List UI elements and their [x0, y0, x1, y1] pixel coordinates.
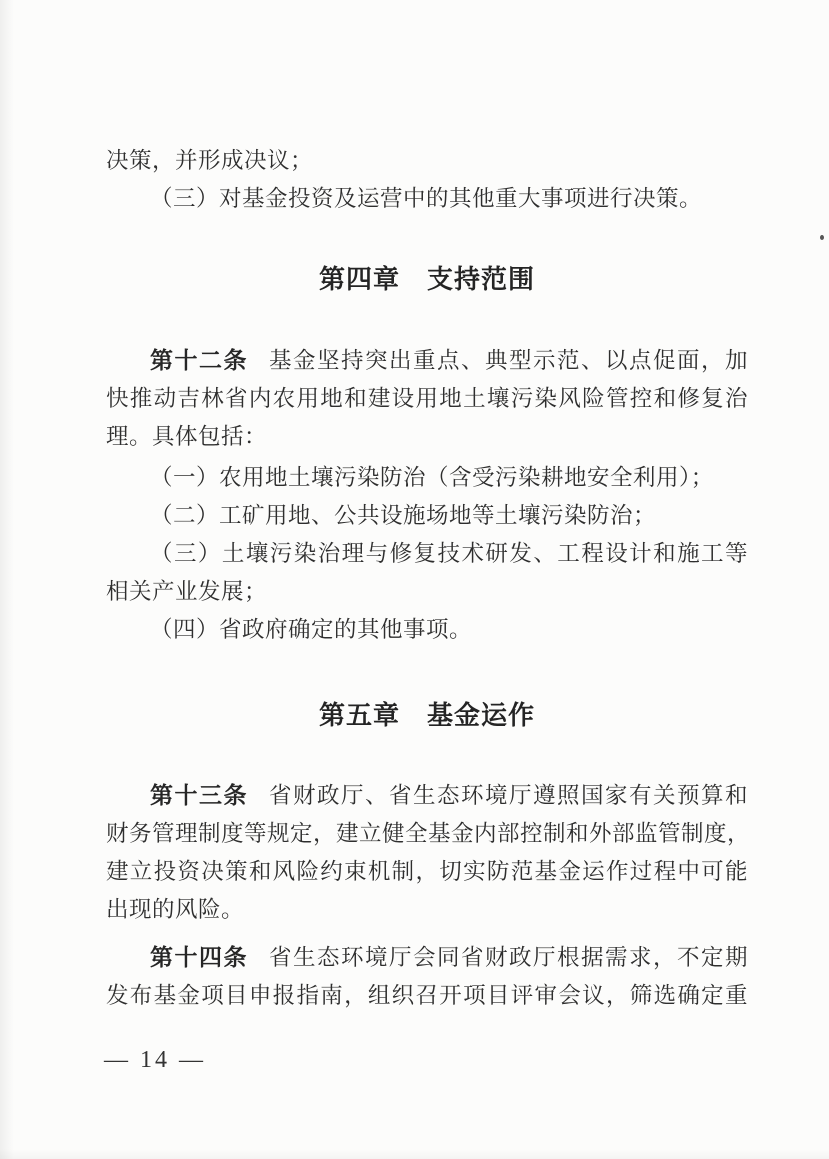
article-13-line-2: 财务管理制度等规定，建立健全基金内部控制和外部监管制度， — [106, 815, 748, 853]
article-13-number: 第十三条 — [150, 783, 248, 809]
scope-item-3-line-2: 相关产业发展； — [106, 573, 748, 611]
article-12-line-3: 理。具体包括： — [106, 418, 748, 456]
article-12-line-1: 第十二条基金坚持突出重点、典型示范、以点促面，加 — [106, 342, 748, 380]
article-14-line-1: 第十四条省生态环境厅会同省财政厅根据需求，不定期 — [106, 939, 748, 977]
chapter-5-heading: 第五章 基金运作 — [106, 697, 748, 735]
article-12-number: 第十二条 — [150, 348, 248, 374]
scope-item-3-line-1: （三）土壤污染治理与修复技术研发、工程设计和施工等 — [106, 535, 748, 573]
scope-item-2: （二）工矿用地、公共设施场地等土壤污染防治； — [106, 497, 748, 535]
scan-edge-shadow-left — [0, 0, 14, 1159]
article-13-line-1-text: 省财政厅、省生态环境厅遵照国家有关预算和 — [269, 783, 748, 808]
scope-item-1: （一）农用地土壤污染防治（含受污染耕地安全利用）； — [106, 459, 748, 497]
document-page: 决策，并形成决议； （三）对基金投资及运营中的其他重大事项进行决策。 第四章 支… — [0, 0, 829, 1159]
article-12-line-1-text: 基金坚持突出重点、典型示范、以点促面，加 — [269, 348, 748, 373]
document-body: 决策，并形成决议； （三）对基金投资及运营中的其他重大事项进行决策。 第四章 支… — [106, 142, 748, 1015]
chapter-4-heading: 第四章 支持范围 — [106, 261, 748, 299]
article-13-line-3: 建立投资决策和风险约束机制，切实防范基金运作过程中可能 — [106, 853, 748, 891]
article-14-number: 第十四条 — [150, 945, 248, 971]
article-13-line-1: 第十三条省财政厅、省生态环境厅遵照国家有关预算和 — [106, 777, 748, 815]
article-14-line-1-text: 省生态环境厅会同省财政厅根据需求，不定期 — [269, 945, 748, 970]
scan-edge-shadow-bottom — [0, 1149, 829, 1159]
scope-item-4: （四）省政府确定的其他事项。 — [106, 611, 748, 649]
article-14-line-2: 发布基金项目申报指南，组织召开项目评审会议，筛选确定重 — [106, 977, 748, 1015]
intro-line-2: （三）对基金投资及运营中的其他重大事项进行决策。 — [106, 180, 748, 218]
page-number: — 14 — — [104, 1041, 206, 1079]
scan-speck — [820, 235, 824, 240]
article-12-line-2: 快推动吉林省内农用地和建设用地土壤污染风险管控和修复治 — [106, 380, 748, 418]
article-13-line-4: 出现的风险。 — [106, 891, 748, 929]
intro-line-1: 决策，并形成决议； — [106, 142, 748, 180]
